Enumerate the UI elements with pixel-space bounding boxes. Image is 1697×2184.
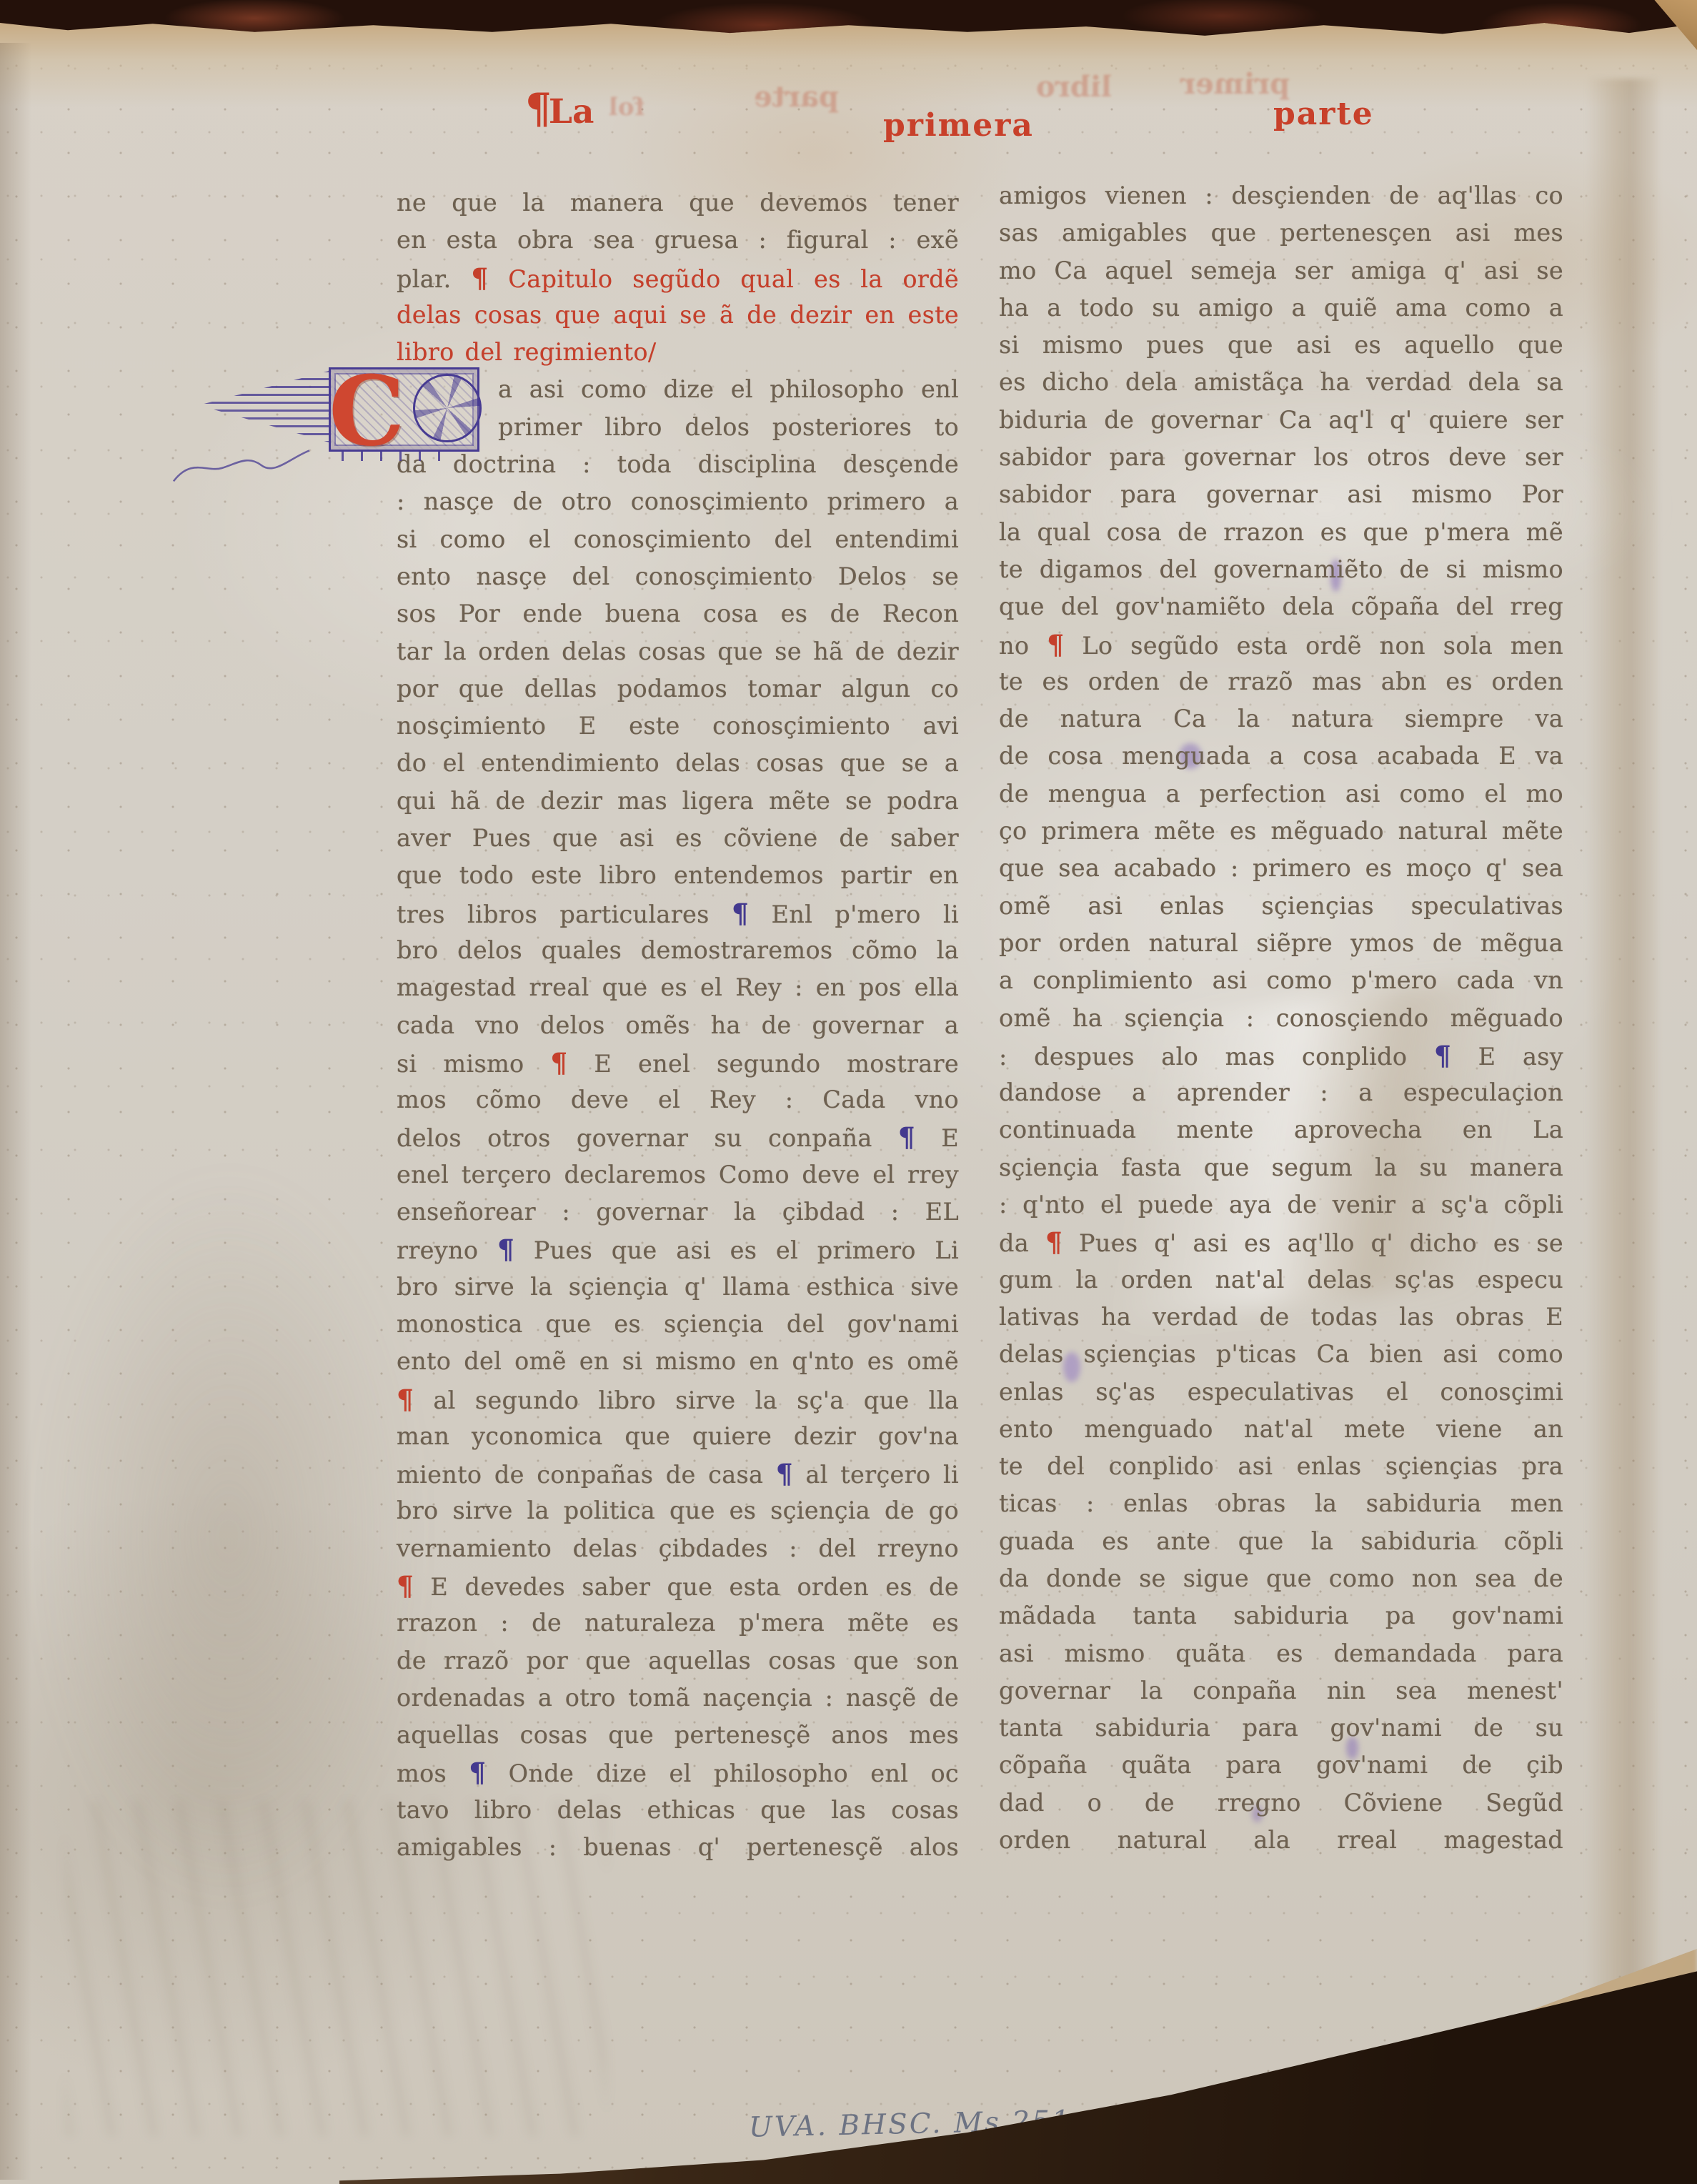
- manuscript-line: gum la orden nat'al delas sç'as especu: [999, 1261, 1563, 1299]
- text-segment: te es orden de rrazõ mas abn es orden: [999, 667, 1563, 695]
- text-segment: ticas : enlas obras la sabiduria men: [999, 1489, 1563, 1517]
- text-segment: si mismo: [397, 1050, 550, 1078]
- text-segment: primer libro delos posteriores to: [498, 413, 959, 441]
- manuscript-line: man yconomica que quiere dezir gov'na: [397, 1418, 959, 1455]
- text-segment: biduria de governar Ca aq'l q' quiere se…: [999, 406, 1563, 434]
- text-segment: si como el conosçimiento del entendimi: [397, 525, 959, 553]
- text-segment: enel terçero declaremos Como deve el rre…: [397, 1161, 959, 1188]
- text-segment: libro del regimiento/: [397, 338, 656, 366]
- filigree-rosette: [413, 374, 482, 442]
- text-segment: que del gov'namiẽto dela cõpaña del rreg: [999, 592, 1563, 620]
- text-segment: da: [999, 1229, 1045, 1257]
- text-segment: no: [999, 632, 1047, 660]
- manuscript-line: bro delos quales demostraremos cõmo la: [397, 932, 959, 969]
- manuscript-line: ento menguado nat'al mete viene an: [999, 1411, 1563, 1448]
- manuscript-line: tar la orden delas cosas que se hã de de…: [397, 633, 959, 670]
- text-segment: delos otros governar su conpaña: [397, 1124, 898, 1152]
- text-segment: Lo segũdo esta ordẽ non sola men: [1064, 632, 1563, 660]
- text-segment: guada es ante que la sabiduria cõpli: [999, 1527, 1563, 1555]
- manuscript-line: por que dellas podamos tomar algun co: [397, 670, 959, 708]
- manuscript-line: tres libros particulares ¶ Enl p'mero li: [397, 895, 959, 932]
- manuscript-line: delas cosas que aqui se ã de dezir en es…: [397, 297, 959, 334]
- text-segment: sas amigables que pertenesçen asi mes: [999, 219, 1563, 247]
- text-segment: plar.: [397, 265, 471, 293]
- parchment-crease: [43, 1179, 414, 1894]
- text-segment: magestad rreal que es el Rey : en pos el…: [397, 973, 959, 1001]
- manuscript-line: mos ¶ Onde dize el philosopho enl oc: [397, 1754, 959, 1791]
- manuscript-line: si como el conosçimiento del entendimi: [397, 521, 959, 558]
- manuscript-line: te del conplido asi enlas sçiençias pra: [999, 1448, 1563, 1485]
- manuscript-line: mos cõmo deve el Rey : Cada vno: [397, 1081, 959, 1118]
- text-segment: sabidor para governar asi mismo Por: [999, 480, 1563, 508]
- text-segment: aver Pues que asi es cõviene de saber: [397, 824, 959, 852]
- text-segment: sçiençia fasta que segum la su manera: [999, 1153, 1563, 1181]
- manuscript-line: governar la conpaña nin sea menest': [999, 1672, 1563, 1709]
- manuscript-line: : nasçe de otro conosçimiento primero a: [397, 483, 959, 520]
- marginal-pen-flourish: [166, 436, 318, 502]
- manuscript-line: que sea acabado : primero es moço q' sea: [999, 850, 1563, 887]
- text-segment: ento nasçe del conosçimiento Delos se: [397, 562, 959, 590]
- manuscript-line: : q'nto el puede aya de venir a sç'a cõp…: [999, 1186, 1563, 1223]
- manuscript-line: do el entendimiento delas cosas que se a: [397, 745, 959, 782]
- text-segment: de mengua a perfection asi como el mo: [999, 780, 1563, 808]
- text-segment: ha a todo su amigo a quiẽ ama como a: [999, 294, 1563, 322]
- running-title-left-text: La: [549, 92, 594, 131]
- manuscript-line: tanta sabiduria para gov'nami de su: [999, 1709, 1563, 1747]
- text-segment: cõpaña quãta para gov'nami de çib: [999, 1751, 1563, 1779]
- manuscript-line: ne que la manera que devemos tener: [397, 184, 959, 222]
- manuscript-line: qui hã de dezir mas ligera mẽte se podra: [397, 783, 959, 820]
- manuscript-line: continuada mente aprovecha en La: [999, 1111, 1563, 1148]
- text-segment: man yconomica que quiere dezir gov'na: [397, 1422, 959, 1450]
- text-segment: tar la orden delas cosas que se hã de de…: [397, 637, 959, 665]
- text-segment: governar la conpaña nin sea menest': [999, 1677, 1563, 1704]
- text-segment: omẽ asi enlas sçiençias speculativas: [999, 892, 1563, 920]
- manuscript-line: enlas sç'as especulativas el conosçimi: [999, 1374, 1563, 1411]
- text-column-right: amigos vienen : desçienden de aq'llas co…: [999, 177, 1563, 1859]
- text-segment: dad o de rregno Cõviene Segũd: [999, 1789, 1563, 1817]
- manuscript-line: no ¶ Lo segũdo esta ordẽ non sola men: [999, 626, 1563, 663]
- text-segment: que sea acabado : primero es moço q' sea: [999, 854, 1563, 882]
- text-segment: ço primera mẽte es mẽguado natural mẽte: [999, 817, 1563, 845]
- manuscript-line: si mismo ¶ E enel segundo mostrare: [397, 1044, 959, 1081]
- filigree-comb-flourish: [199, 370, 332, 443]
- text-segment: mos cõmo deve el Rey : Cada vno: [397, 1086, 959, 1113]
- text-segment: amigos vienen : desçienden de aq'llas co: [999, 182, 1563, 209]
- text-segment: aquellas cosas que pertenesçẽ anos mes: [397, 1721, 959, 1749]
- running-title-left: ¶La: [525, 84, 594, 133]
- pilcrow-mark: ¶: [397, 1384, 414, 1415]
- text-segment: : q'nto el puede aya de venir a sç'a cõp…: [999, 1191, 1563, 1218]
- manuscript-line: sabidor para governar asi mismo Por: [999, 476, 1563, 513]
- text-segment: ento menguado nat'al mete viene an: [999, 1415, 1563, 1443]
- text-segment: bro sirve la sçiençia q' llama esthica s…: [397, 1273, 959, 1301]
- text-segment: da doctrina : toda disciplina desçende: [397, 450, 959, 478]
- pilcrow-mark: ¶: [1047, 629, 1064, 660]
- manuscript-line: cõpaña quãta para gov'nami de çib: [999, 1747, 1563, 1784]
- text-segment: de natura Ca la natura siempre va: [999, 705, 1563, 733]
- pilcrow-mark: ¶: [776, 1458, 793, 1489]
- text-segment: de rrazõ por que aquellas cosas que son: [397, 1647, 959, 1674]
- manuscript-line: a conplimiento asi como p'mero cada vn: [999, 962, 1563, 999]
- text-segment: a conplimiento asi como p'mero cada vn: [999, 966, 1563, 994]
- text-segment: tavo libro delas ethicas que las cosas: [397, 1796, 959, 1824]
- manuscript-line: tavo libro delas ethicas que las cosas: [397, 1792, 959, 1829]
- text-segment: dandose a aprender : a especulaçion: [999, 1078, 1563, 1106]
- manuscript-line: rreyno ¶ Pues que asi es el primero Li: [397, 1231, 959, 1268]
- pilcrow-mark: ¶: [497, 1234, 514, 1265]
- text-segment: si mismo pues que asi es aquello que: [999, 331, 1563, 359]
- library-stamp: UVA. BHSC. Ms.251: [749, 2105, 1073, 2143]
- manuscript-line: enel terçero declaremos Como deve el rre…: [397, 1156, 959, 1193]
- text-segment: monostica que es sçiençia del gov'nami: [397, 1310, 959, 1338]
- text-segment: enlas sç'as especulativas el conosçimi: [999, 1378, 1563, 1406]
- manuscript-line: rrazon : de naturaleza p'mera mẽte es: [397, 1604, 959, 1642]
- text-segment: omẽ ha sçiençia : conosçiendo mẽguado: [999, 1004, 1563, 1032]
- manuscript-page: ¶La primera parte fol parte libro primer…: [0, 0, 1697, 2184]
- manuscript-line: ordenadas a otro tomã naçençia : nasçẽ d…: [397, 1679, 959, 1717]
- manuscript-line: orden natural ala rreal magestad: [999, 1822, 1563, 1859]
- text-segment: E enel segundo mostrare: [568, 1050, 959, 1078]
- binding-edge: [0, 0, 1697, 46]
- manuscript-line: delas sçiençias p'ticas Ca bien asi como: [999, 1336, 1563, 1373]
- text-segment: Pues q' asi es aq'llo q' dicho es se: [1063, 1229, 1563, 1257]
- manuscript-line: enseñorear : governar la çibdad : EL: [397, 1193, 959, 1231]
- text-segment: : despues alo mas conplido: [999, 1043, 1434, 1071]
- text-segment: es dicho dela amistãça ha verdad dela sa: [999, 368, 1563, 396]
- show-through-text: fol: [609, 93, 645, 121]
- fore-edge-band: [1586, 79, 1658, 2094]
- manuscript-line: vernamiento delas çibdades : del rreyno: [397, 1530, 959, 1567]
- manuscript-line: omẽ ha sçiençia : conosçiendo mẽguado: [999, 1000, 1563, 1037]
- text-segment: rrazon : de naturaleza p'mera mẽte es: [397, 1609, 959, 1637]
- manuscript-line: dad o de rregno Cõviene Segũd: [999, 1785, 1563, 1822]
- manuscript-line: sos Por ende buena cosa es de Recon: [397, 595, 959, 632]
- text-segment: mos: [397, 1759, 469, 1787]
- manuscript-line: plar. ¶ Capitulo segũdo qual es la ordẽ: [397, 259, 959, 297]
- manuscript-line: ço primera mẽte es mẽguado natural mẽte: [999, 813, 1563, 850]
- manuscript-line: que del gov'namiẽto dela cõpaña del rreg: [999, 588, 1563, 625]
- running-title-right: parte: [1273, 96, 1374, 132]
- pilcrow-mark: ¶: [525, 84, 549, 133]
- text-segment: mãdada tanta sabiduria pa gov'nami: [999, 1602, 1563, 1629]
- manuscript-line: nosçimiento E este conosçimiento avi: [397, 708, 959, 745]
- manuscript-line: te es orden de rrazõ mas abn es orden: [999, 663, 1563, 700]
- manuscript-line: ha a todo su amigo a quiẽ ama como a: [999, 289, 1563, 327]
- text-segment: la qual cosa de rrazon es que p'mera mẽ: [999, 518, 1563, 546]
- manuscript-line: miento de conpañas de casa ¶ al terçero …: [397, 1455, 959, 1492]
- text-segment: delas cosas que aqui se ã de dezir en es…: [397, 301, 959, 329]
- text-segment: rreyno: [397, 1236, 497, 1264]
- pilcrow-mark: ¶: [1045, 1226, 1063, 1258]
- manuscript-line: de natura Ca la natura siempre va: [999, 700, 1563, 738]
- text-segment: E asy: [1451, 1043, 1563, 1071]
- illuminated-initial: C: [329, 367, 493, 452]
- text-segment: orden natural ala rreal magestad: [999, 1826, 1563, 1854]
- manuscript-line: sas amigables que pertenesçen asi mes: [999, 214, 1563, 252]
- manuscript-line: ento nasçe del conosçimiento Delos se: [397, 558, 959, 595]
- text-segment: Pues que asi es el primero Li: [514, 1236, 959, 1264]
- manuscript-line: da ¶ Pues q' asi es aq'llo q' dicho es s…: [999, 1223, 1563, 1261]
- text-segment: nosçimiento E este conosçimiento avi: [397, 712, 959, 740]
- manuscript-line: cada vno delos omẽs ha de governar a: [397, 1007, 959, 1044]
- text-segment: da donde se sigue que como non sea de: [999, 1564, 1563, 1592]
- pilcrow-mark: ¶: [898, 1121, 915, 1153]
- manuscript-line: biduria de governar Ca aq'l q' quiere se…: [999, 402, 1563, 439]
- manuscript-line: de cosa menguada a cosa acabada E va: [999, 738, 1563, 775]
- pilcrow-mark: ¶: [732, 898, 749, 929]
- text-segment: Onde dize el philosopho enl oc: [486, 1759, 959, 1787]
- manuscript-line: delos otros governar su conpaña ¶ E: [397, 1118, 959, 1156]
- text-segment: bro delos quales demostraremos cõmo la: [397, 936, 959, 964]
- text-segment: delas sçiençias p'ticas Ca bien asi como: [999, 1340, 1563, 1368]
- manuscript-line: sabidor para governar los otros deve ser: [999, 439, 1563, 476]
- text-segment: a asi como dize el philosopho enl: [498, 375, 959, 403]
- show-through-text: parte: [754, 80, 839, 114]
- text-segment: ordenadas a otro tomã naçençia : nasçẽ d…: [397, 1684, 959, 1712]
- text-segment: por orden natural siẽpre ymos de mẽgua: [999, 929, 1563, 957]
- text-segment: gum la orden nat'al delas sç'as especu: [999, 1266, 1563, 1294]
- manuscript-line: amigos vienen : desçienden de aq'llas co: [999, 177, 1563, 214]
- manuscript-line: aquellas cosas que pertenesçẽ anos mes: [397, 1717, 959, 1754]
- manuscript-line: por orden natural siẽpre ymos de mẽgua: [999, 925, 1563, 962]
- manuscript-line: monostica que es sçiençia del gov'nami: [397, 1306, 959, 1343]
- text-segment: tanta sabiduria para gov'nami de su: [999, 1714, 1563, 1742]
- text-segment: amigables : buenas q' pertenesçẽ alos: [397, 1833, 959, 1861]
- text-segment: ento del omẽ en si mismo en q'nto es omẽ: [397, 1347, 959, 1375]
- text-segment: al terçero li: [793, 1461, 959, 1489]
- page-head-edge: [0, 21, 1697, 107]
- manuscript-line: en esta obra sea gruesa : figural : exẽ: [397, 222, 959, 259]
- manuscript-line: ¶ al segundo libro sirve la sç'a que lla: [397, 1381, 959, 1418]
- text-segment: qui hã de dezir mas ligera mẽte se podra: [397, 787, 959, 815]
- pilcrow-mark: ¶: [1434, 1040, 1451, 1071]
- text-segment: lativas ha verdad de todas las obras E: [999, 1303, 1563, 1331]
- text-segment: mo Ca aquel semeja ser amiga q' asi se: [999, 257, 1563, 284]
- manuscript-line: si mismo pues que asi es aquello que: [999, 327, 1563, 364]
- manuscript-line: te digamos del governamiẽto de si mismo: [999, 551, 1563, 588]
- text-segment: : nasçe de otro conosçimiento primero a: [397, 487, 959, 515]
- manuscript-line: libro del regimiento/: [397, 334, 959, 371]
- text-column-left: C ne que la manera que devemos teneren e…: [397, 184, 959, 1866]
- text-segment: E devedes saber que esta orden es de: [414, 1573, 959, 1601]
- manuscript-line: omẽ asi enlas sçiençias speculativas: [999, 888, 1563, 925]
- text-segment: asi mismo quãta es demandada para: [999, 1639, 1563, 1667]
- pilcrow-mark: ¶: [469, 1757, 486, 1788]
- text-segment: Enl p'mero li: [749, 900, 959, 928]
- text-segment: miento de conpañas de casa: [397, 1461, 776, 1489]
- text-segment: E: [915, 1124, 959, 1152]
- manuscript-line: bro sirve la politica que es sçiençia de…: [397, 1492, 959, 1529]
- manuscript-line: ento del omẽ en si mismo en q'nto es omẽ: [397, 1343, 959, 1380]
- pilcrow-mark: ¶: [397, 1570, 414, 1602]
- text-segment: vernamiento delas çibdades : del rreyno: [397, 1534, 959, 1562]
- text-segment: tres libros particulares: [397, 900, 732, 928]
- text-segment: ne que la manera que devemos tener: [397, 189, 959, 217]
- binding-corner: [1636, 0, 1697, 50]
- manuscript-line: aver Pues que asi es cõviene de saber: [397, 820, 959, 857]
- manuscript-line: ¶ E devedes saber que esta orden es de: [397, 1567, 959, 1604]
- manuscript-line: ticas : enlas obras la sabiduria men: [999, 1485, 1563, 1522]
- manuscript-line: sçiençia fasta que segum la su manera: [999, 1149, 1563, 1186]
- text-segment: al segundo libro sirve la sç'a que lla: [414, 1386, 959, 1414]
- text-segment: por que dellas podamos tomar algun co: [397, 675, 959, 703]
- gutter-shadow: [0, 43, 31, 2180]
- manuscript-line: es dicho dela amistãça ha verdad dela sa: [999, 364, 1563, 401]
- text-segment: cada vno delos omẽs ha de governar a: [397, 1011, 959, 1039]
- manuscript-line: da donde se sigue que como non sea de: [999, 1560, 1563, 1597]
- manuscript-line: lativas ha verdad de todas las obras E: [999, 1299, 1563, 1336]
- text-segment: sos Por ende buena cosa es de Recon: [397, 600, 959, 627]
- manuscript-line: asi mismo quãta es demandada para: [999, 1635, 1563, 1672]
- manuscript-line: bro sirve la sçiençia q' llama esthica s…: [397, 1269, 959, 1306]
- manuscript-line: la qual cosa de rrazon es que p'mera mẽ: [999, 514, 1563, 551]
- filigree-feet: [342, 452, 456, 461]
- text-segment: continuada mente aprovecha en La: [999, 1116, 1563, 1143]
- text-segment: Capitulo segũdo qual es la ordẽ: [489, 265, 959, 293]
- text-segment: te del conplido asi enlas sçiençias pra: [999, 1452, 1563, 1480]
- text-segment: sabidor para governar los otros deve ser: [999, 443, 1563, 471]
- initial-letter-C: C: [329, 354, 405, 467]
- manuscript-line: que todo este libro entendemos partir en: [397, 857, 959, 894]
- manuscript-line: de rrazõ por que aquellas cosas que son: [397, 1642, 959, 1679]
- text-segment: do el entendimiento delas cosas que se a: [397, 749, 959, 777]
- manuscript-line: de mengua a perfection asi como el mo: [999, 775, 1563, 813]
- running-title-center: primera: [883, 107, 1034, 144]
- text-segment: bro sirve la politica que es sçiençia de…: [397, 1496, 959, 1524]
- pilcrow-mark: ¶: [471, 262, 488, 294]
- manuscript-line: magestad rreal que es el Rey : en pos el…: [397, 969, 959, 1006]
- text-segment: enseñorear : governar la çibdad : EL: [397, 1198, 959, 1226]
- manuscript-line: guada es ante que la sabiduria cõpli: [999, 1523, 1563, 1560]
- text-segment: en esta obra sea gruesa : figural : exẽ: [397, 226, 959, 254]
- manuscript-line: amigables : buenas q' pertenesçẽ alos: [397, 1829, 959, 1866]
- manuscript-line: mãdada tanta sabiduria pa gov'nami: [999, 1597, 1563, 1634]
- manuscript-line: dandose a aprender : a especulaçion: [999, 1074, 1563, 1111]
- manuscript-line: mo Ca aquel semeja ser amiga q' asi se: [999, 252, 1563, 289]
- pilcrow-mark: ¶: [550, 1047, 567, 1078]
- text-segment: de cosa menguada a cosa acabada E va: [999, 742, 1563, 770]
- text-segment: te digamos del governamiẽto de si mismo: [999, 555, 1563, 583]
- text-segment: que todo este libro entendemos partir en: [397, 861, 959, 889]
- manuscript-line: : despues alo mas conplido ¶ E asy: [999, 1037, 1563, 1074]
- show-through-text: libro: [1036, 70, 1112, 104]
